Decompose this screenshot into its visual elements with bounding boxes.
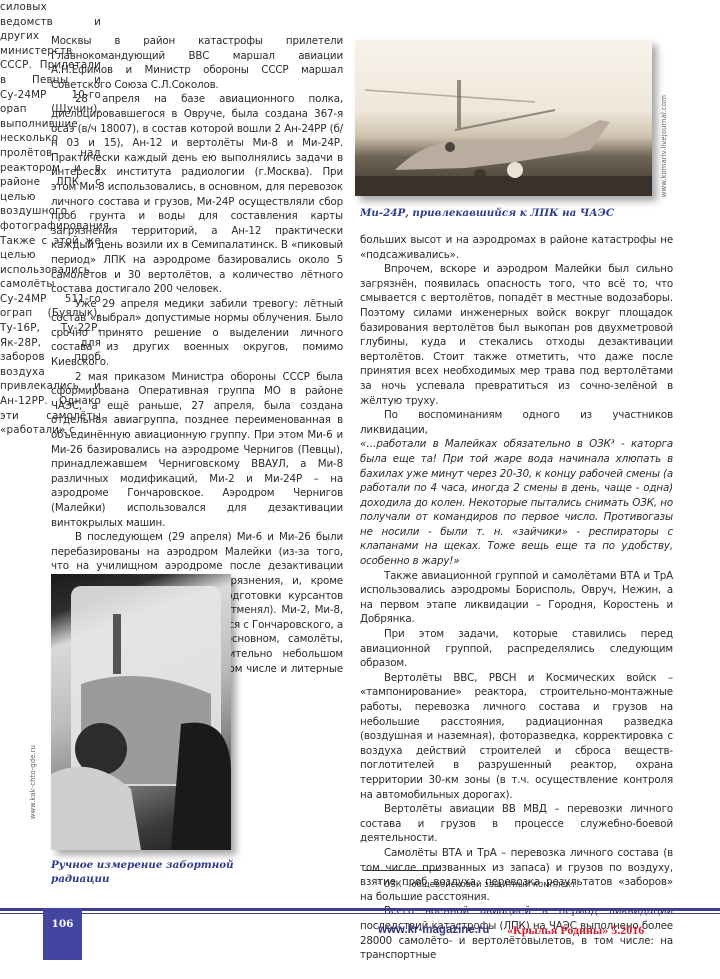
site-url-link[interactable]: www.kr-magazine.ru [378,924,489,936]
mi24-helicopter-illustration [355,40,652,196]
paragraph: При этом задачи, которые ставились перед… [360,627,673,671]
paragraph: Уже 29 апреля медики забили тревогу: лёт… [51,297,343,370]
paragraph: Также авиационной группой и самолётами В… [360,569,673,627]
page-number: 106 [43,918,82,930]
paragraph: 2 мая приказом Министра обороны СССР был… [51,370,343,531]
magazine-issue: «Крылья Родины» 5.2016 [507,923,644,938]
footnote-text: ОЗК – общевойсковой защитный комплект. [384,880,579,890]
paragraph: Самолёты ВТА и ТрА – перевозка личного с… [360,846,673,904]
photo-caption: Ми-24Р, привлекавшийся к ЛПК на ЧАЭС [360,206,614,220]
helicopter-window-illustration [51,574,231,850]
radiation-measurement-photo [51,574,231,850]
footnote: 3 ОЗК – общевойсковой защитный комплект. [377,879,579,890]
photo-credit: www.komariv.livejournal.com [660,95,668,197]
footer-rule [0,908,720,911]
paragraph: больших высот и на аэродромах в районе к… [360,233,673,262]
paragraph: Москвы в район катастрофы прилетели Глав… [51,34,343,92]
footnote-divider [364,870,440,871]
helicopter-photo [355,40,652,196]
paragraph: 28 апреля на базе авиационного полка, ди… [51,92,343,296]
paragraph: По воспоминаниям одного из участников ли… [360,408,673,437]
page-number-badge: 106 [43,908,82,960]
footnote-marker: 3 [377,879,381,886]
paragraph: Впрочем, вскоре и аэродром Малейки был с… [360,262,673,408]
photo-credit: www.kak-chto-gde.ru [29,745,37,819]
quote: «…работали в Малейках обязательно в ОЗК³… [360,437,673,568]
paragraph: Вертолёты авиации ВВ МВД – перевозки лич… [360,802,673,846]
footer-rule-thin [0,913,720,914]
paragraph: Вертолёты ВВС, РВСН и Космических войск … [360,671,673,802]
photo-caption: Ручное измерение забортной радиации [51,858,251,886]
right-column: больших высот и на аэродромах в районе к… [360,233,673,963]
